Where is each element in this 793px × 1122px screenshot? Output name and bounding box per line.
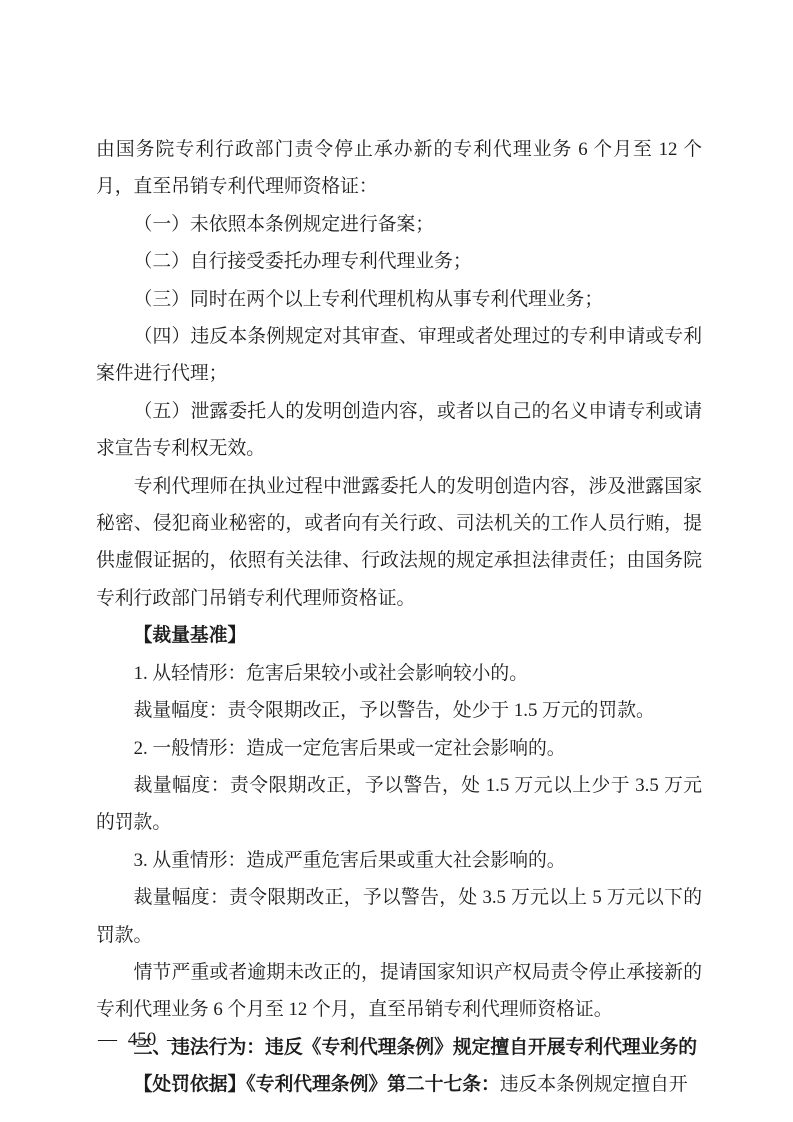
clause-item-3: （三）同时在两个以上专利代理机构从事专利代理业务；: [96, 281, 702, 318]
clause-item-2: （二）自行接受委托办理专利代理业务；: [96, 243, 702, 280]
paragraph-liability: 专利代理师在执业过程中泄露委托人的发明创造内容，涉及泄露国家秘密、侵犯商业秘密的…: [96, 468, 702, 618]
paragraph-situation-2: 2. 一般情形：造成一定危害后果或一定社会影响的。: [96, 730, 702, 767]
clause-item-4: （四）违反本条例规定对其审查、审理或者处理过的专利申请或专利案件进行代理；: [96, 318, 702, 393]
section-heading-illegal-act-3: 三、违法行为：违反《专利代理条例》规定擅自开展专利代理业务的: [96, 1029, 702, 1066]
clause-item-1: （一）未依照本条例规定进行备案；: [96, 206, 702, 243]
paragraph-situation-1: 1. 从轻情形：危害后果较小或社会影响较小的。: [96, 655, 702, 692]
paragraph-continuation: 由国务院专利行政部门责令停止承办新的专利代理业务 6 个月至 12 个月，直至吊…: [96, 131, 702, 206]
paragraph-discretion-range-1: 裁量幅度：责令限期改正，予以警告，处少于 1.5 万元的罚款。: [96, 692, 702, 729]
paragraph-situation-3: 3. 从重情形：造成严重危害后果或重大社会影响的。: [96, 842, 702, 879]
clause-item-5: （五）泄露委托人的发明创造内容，或者以自己的名义申请专利或请求宣告专利权无效。: [96, 393, 702, 468]
penalty-basis-text: 违反本条例规定擅自开: [500, 1074, 688, 1095]
paragraph-serious-case: 情节严重或者逾期未改正的，提请国家知识产权局责令停止承接新的专利代理业务 6 个…: [96, 954, 702, 1029]
penalty-basis-label: 【处罚依据】《专利代理条例》第二十七条：: [134, 1074, 500, 1095]
section-heading-discretion-basis: 【裁量基准】: [96, 617, 702, 654]
document-page: 由国务院专利行政部门责令停止承办新的专利代理业务 6 个月至 12 个月，直至吊…: [0, 0, 793, 1122]
paragraph-discretion-range-3: 裁量幅度：责令限期改正，予以警告，处 3.5 万元以上 5 万元以下的罚款。: [96, 879, 702, 954]
page-number: — 450 —: [98, 1028, 186, 1052]
paragraph-discretion-range-2: 裁量幅度：责令限期改正，予以警告，处 1.5 万元以上少于 3.5 万元的罚款。: [96, 767, 702, 842]
body-text: 由国务院专利行政部门责令停止承办新的专利代理业务 6 个月至 12 个月，直至吊…: [96, 131, 702, 1104]
paragraph-penalty-basis: 【处罚依据】《专利代理条例》第二十七条：违反本条例规定擅自开: [96, 1066, 702, 1103]
